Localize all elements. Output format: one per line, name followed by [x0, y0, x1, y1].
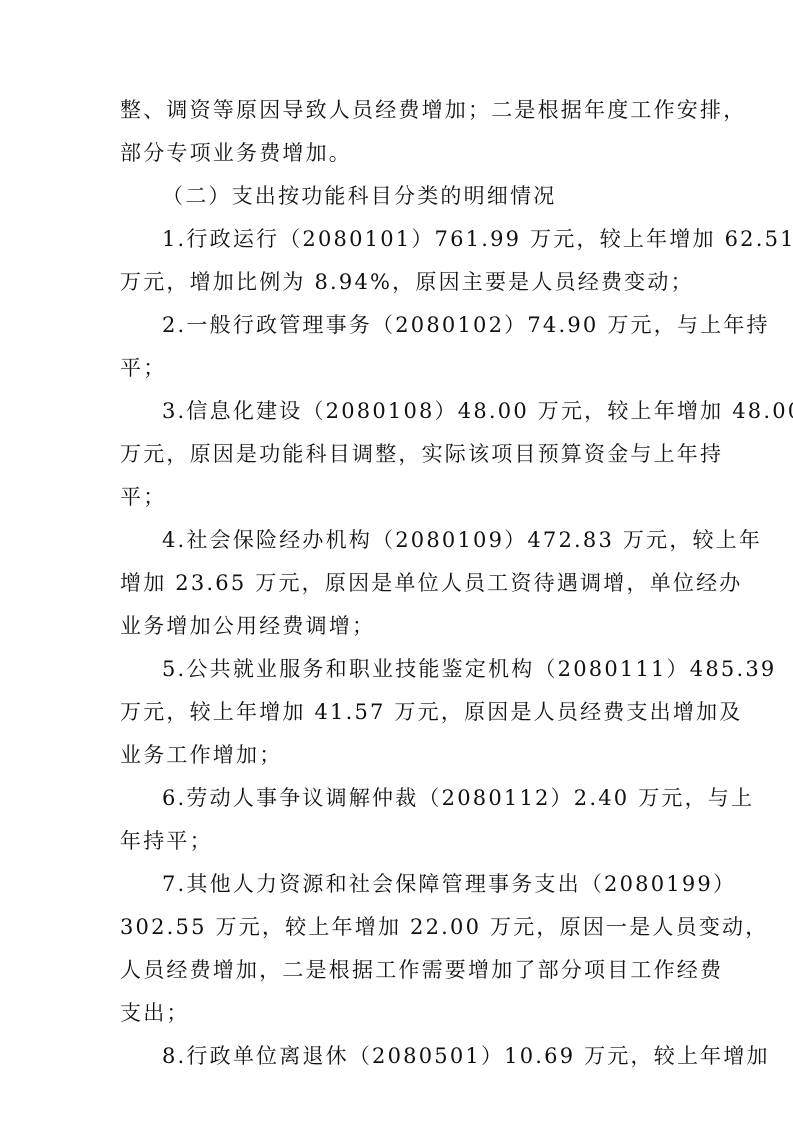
- item-5-line-1: 5.公共就业服务和职业技能鉴定机构（2080111）485.39: [162, 657, 680, 681]
- item-1-line-1: 1.行政运行（2080101）761.99 万元，较上年增加 62.51: [162, 227, 680, 251]
- item-5-line-3: 业务工作增加；: [120, 743, 680, 767]
- paragraph-line-reason-end: 部分专项业务费增加。: [120, 141, 680, 165]
- item-3-line-3: 平；: [120, 485, 680, 509]
- item-3-line-1: 3.信息化建设（2080108）48.00 万元，较上年增加 48.00: [162, 399, 680, 423]
- item-5-line-2: 万元，较上年增加 41.57 万元，原因是人员经费支出增加及: [120, 700, 680, 724]
- section-heading: （二）支出按功能科目分类的明细情况: [162, 184, 722, 208]
- document-page: 整、调资等原因导致人员经费增加；二是根据年度工作安排， 部分专项业务费增加。 （…: [0, 0, 793, 1122]
- item-6-line-2: 年持平；: [120, 829, 680, 853]
- item-7-line-1: 7.其他人力资源和社会保障管理事务支出（2080199）: [162, 872, 680, 896]
- item-4-line-1: 4.社会保险经办机构（2080109）472.83 万元，较上年: [162, 528, 680, 552]
- item-1-line-2: 万元，增加比例为 8.94%，原因主要是人员经费变动；: [120, 270, 680, 294]
- item-2-line-1: 2.一般行政管理事务（2080102）74.90 万元，与上年持: [162, 313, 680, 337]
- item-7-line-3: 人员经费增加，二是根据工作需要增加了部分项目工作经费: [120, 958, 680, 982]
- item-4-line-3: 业务增加公用经费调增；: [120, 614, 680, 638]
- item-3-line-2: 万元，原因是功能科目调整，实际该项目预算资金与上年持: [120, 442, 680, 466]
- item-7-line-2: 302.55 万元，较上年增加 22.00 万元，原因一是人员变动，: [120, 915, 680, 939]
- item-4-line-2: 增加 23.65 万元，原因是单位人员工资待遇调增，单位经办: [120, 571, 680, 595]
- item-6-line-1: 6.劳动人事争议调解仲裁（2080112）2.40 万元，与上: [162, 786, 680, 810]
- item-2-line-2: 平；: [120, 356, 680, 380]
- item-7-line-4: 支出；: [120, 1001, 680, 1025]
- item-8-line-1: 8.行政单位离退休（2080501）10.69 万元，较上年增加: [162, 1044, 680, 1068]
- paragraph-line-reason-continued: 整、调资等原因导致人员经费增加；二是根据年度工作安排，: [120, 98, 680, 122]
